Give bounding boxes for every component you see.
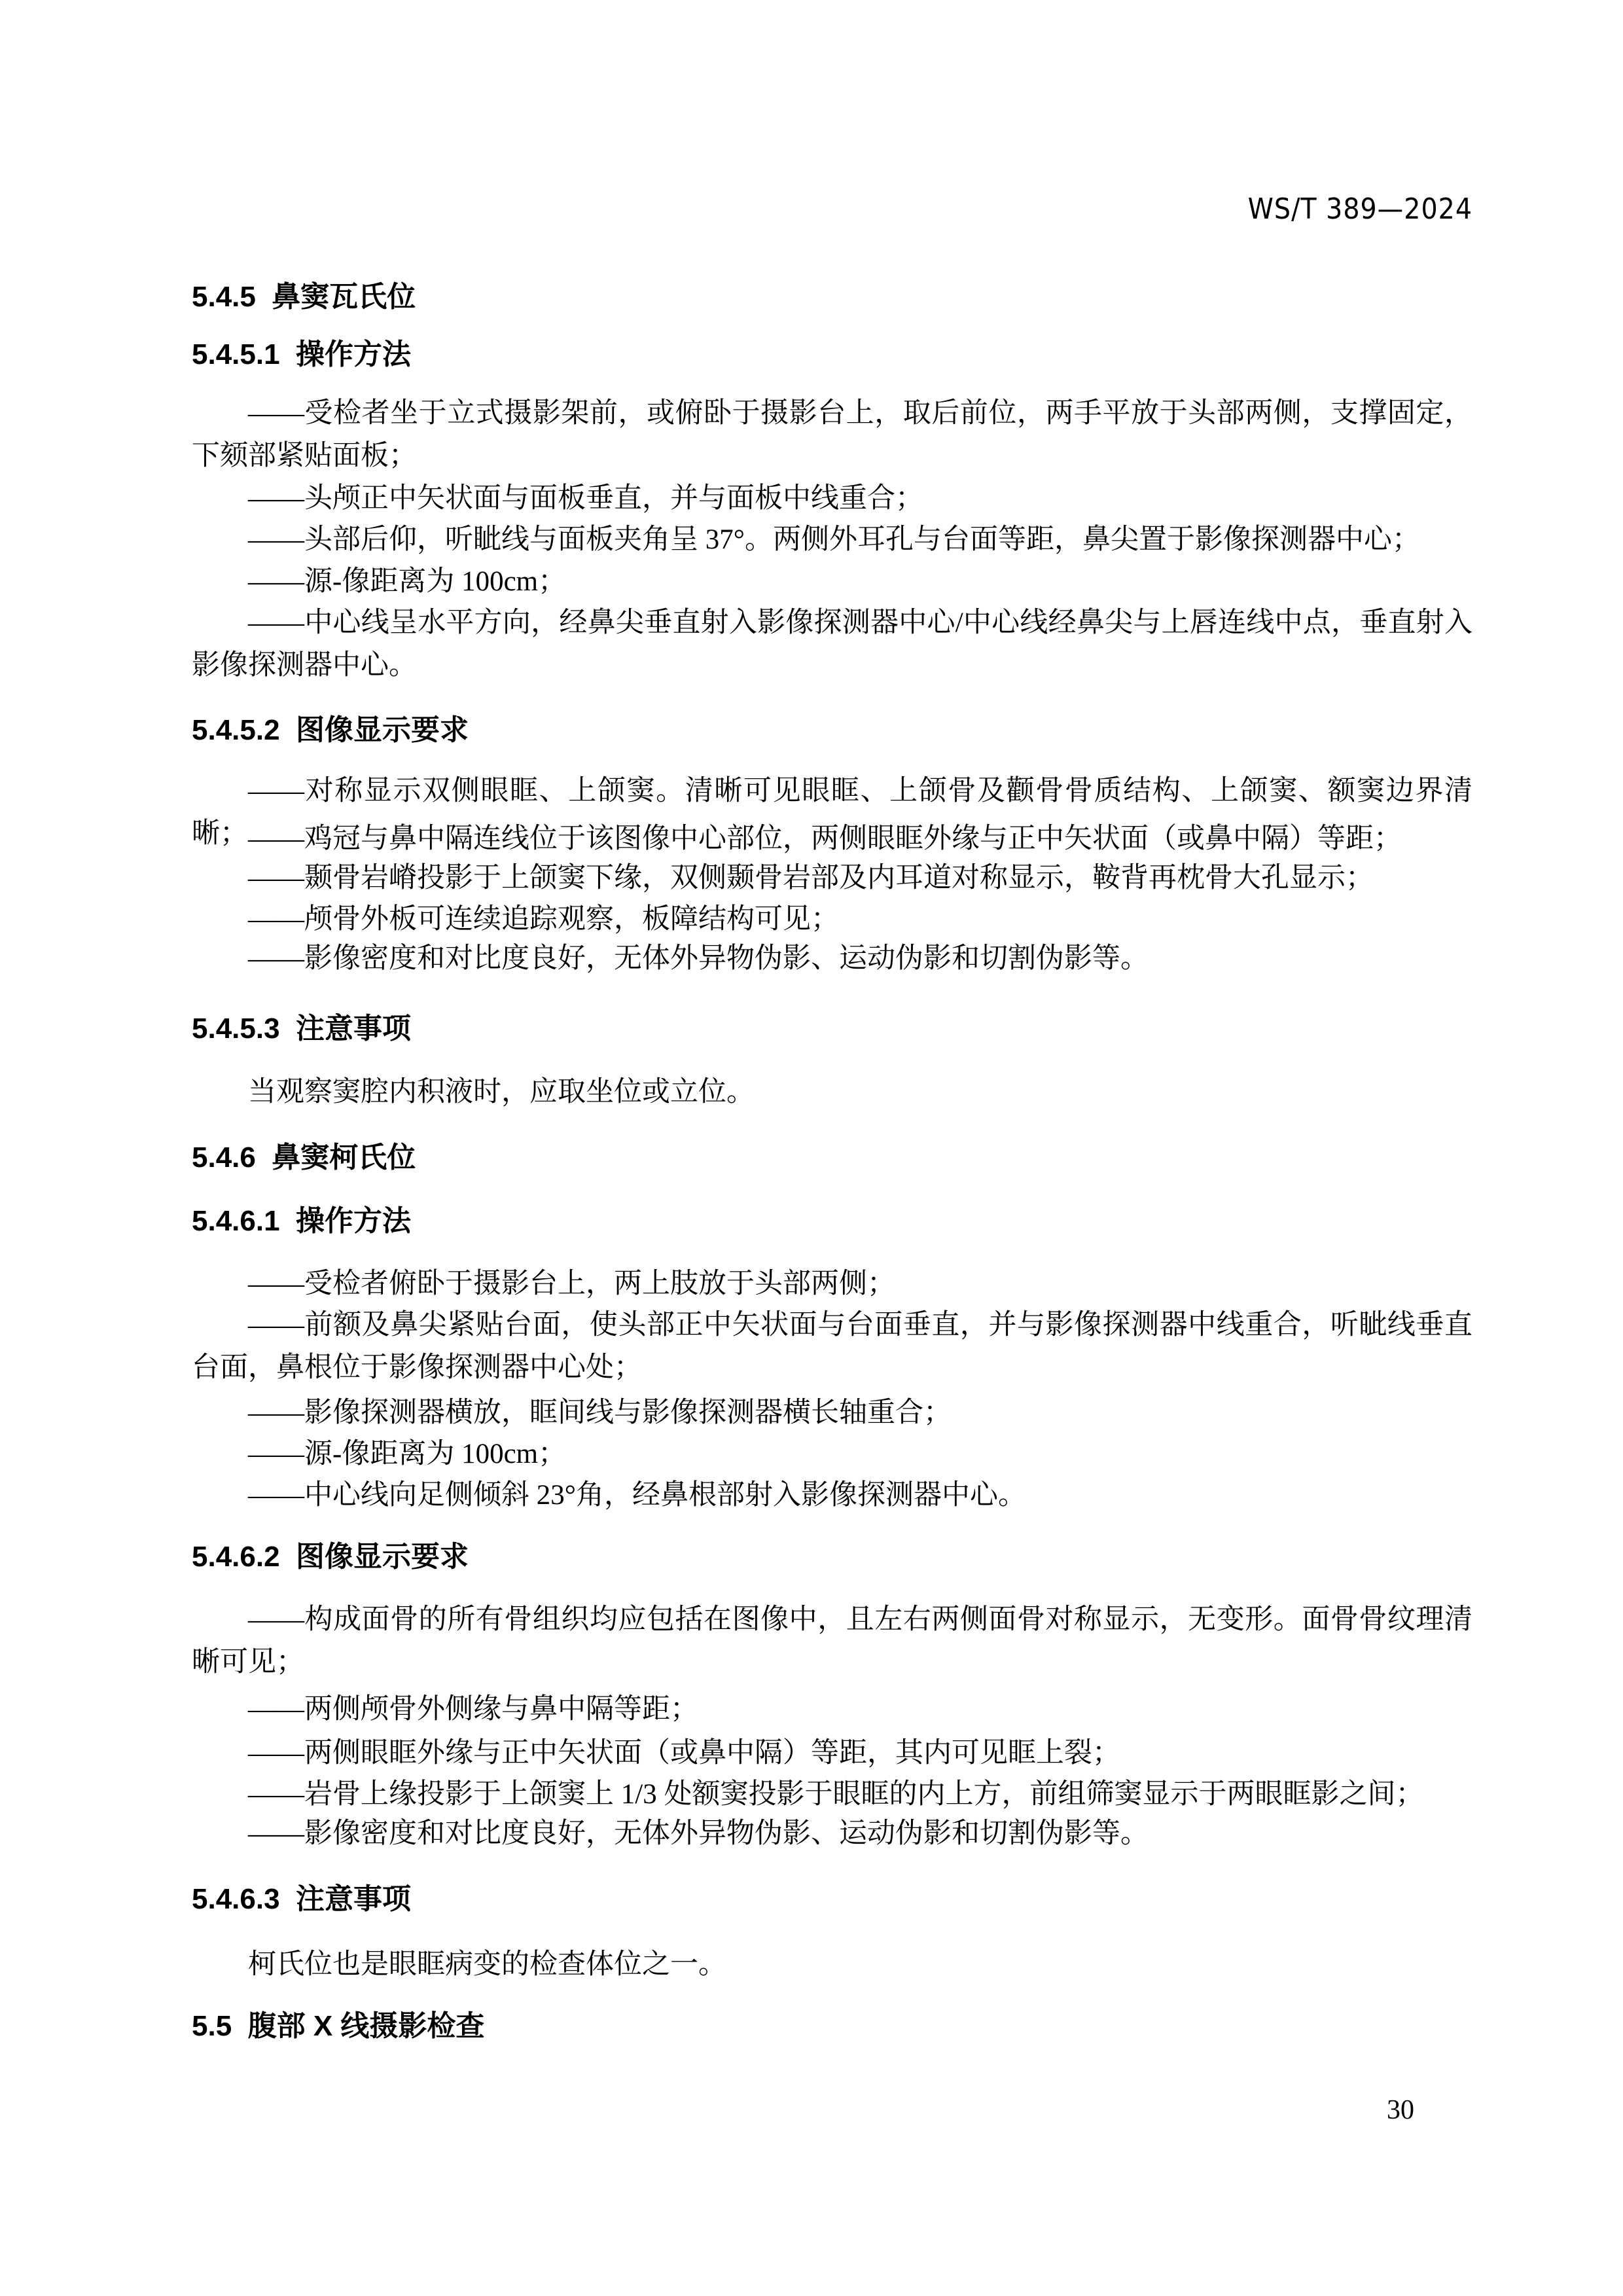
- list-item: ——源-像距离为 100cm；: [192, 1433, 1472, 1475]
- document-page: WS/T 389—2024 5.4.5 鼻窦瓦氏位 5.4.5.1 操作方法 —…: [0, 0, 1623, 2296]
- paragraph: 当观察窦腔内积液时，应取坐位或立位。: [192, 1071, 1472, 1113]
- heading-5-4-5-3: 5.4.5.3 注意事项: [192, 1009, 1472, 1049]
- heading-5-4-5-1: 5.4.5.1 操作方法: [192, 335, 1472, 374]
- standard-code-header: WS/T 389—2024: [192, 191, 1472, 228]
- list-item: ——颞骨岩嵴投影于上颌窦下缘，双侧颞骨岩部及内耳道对称显示，鞍背再枕骨大孔显示；: [192, 857, 1472, 899]
- heading-5-4-6: 5.4.6 鼻窦柯氏位: [192, 1138, 1472, 1177]
- list-item: ——中心线呈水平方向，经鼻尖垂直射入影像探测器中心/中心线经鼻尖与上唇连线中点，…: [192, 601, 1472, 687]
- list-item: ——构成面骨的所有骨组织均应包括在图像中，且左右两侧面骨对称显示，无变形。面骨骨…: [192, 1598, 1472, 1683]
- list-item: ——源-像距离为 100cm；: [192, 560, 1472, 603]
- list-item: ——头颅正中矢状面与面板垂直，并与面板中线重合；: [192, 477, 1472, 520]
- list-item: ——两侧颅骨外侧缘与鼻中隔等距；: [192, 1688, 1472, 1731]
- heading-5-4-6-2: 5.4.6.2 图像显示要求: [192, 1537, 1472, 1577]
- heading-5-4-5: 5.4.5 鼻窦瓦氏位: [192, 278, 1472, 317]
- list-item: ——影像密度和对比度良好，无体外异物伪影、运动伪影和切割伪影等。: [192, 937, 1472, 980]
- list-item: ——影像探测器横放，眶间线与影像探测器横长轴重合；: [192, 1391, 1472, 1434]
- page-number: 30: [1368, 2094, 1433, 2126]
- list-item: ——受检者坐于立式摄影架前，或俯卧于摄影台上，取后前位，两手平放于头部两侧，支撑…: [192, 392, 1472, 477]
- list-item: ——鸡冠与鼻中隔连线位于该图像中心部位，两侧眼眶外缘与正中矢状面（或鼻中隔）等距…: [192, 817, 1472, 860]
- list-item: ——前额及鼻尖紧贴台面，使头部正中矢状面与台面垂直，并与影像探测器中线重合，听眦…: [192, 1304, 1472, 1389]
- list-item: ——头部后仰，听眦线与面板夹角呈 37°。两侧外耳孔与台面等距，鼻尖置于影像探测…: [192, 518, 1472, 561]
- heading-5-4-6-3: 5.4.6.3 注意事项: [192, 1880, 1472, 1919]
- list-item: ——受检者俯卧于摄影台上，两上肢放于头部两侧；: [192, 1263, 1472, 1305]
- list-item: ——中心线向足侧倾斜 23°角，经鼻根部射入影像探测器中心。: [192, 1474, 1472, 1516]
- heading-5-4-6-1: 5.4.6.1 操作方法: [192, 1202, 1472, 1241]
- heading-5-4-5-2: 5.4.5.2 图像显示要求: [192, 711, 1472, 750]
- list-item: ——岩骨上缘投影于上颌窦上 1/3 处额窦投影于眼眶的内上方，前组筛窦显示于两眼…: [192, 1773, 1472, 1816]
- paragraph: 柯氏位也是眼眶病变的检查体位之一。: [192, 1943, 1472, 1986]
- list-item: ——影像密度和对比度良好，无体外异物伪影、运动伪影和切割伪影等。: [192, 1812, 1472, 1855]
- list-item: ——颅骨外板可连续追踪观察，板障结构可见；: [192, 898, 1472, 941]
- heading-5-5: 5.5 腹部 X 线摄影检查: [192, 2007, 1472, 2046]
- list-item: ——两侧眼眶外缘与正中矢状面（或鼻中隔）等距，其内可见眶上裂；: [192, 1732, 1472, 1774]
